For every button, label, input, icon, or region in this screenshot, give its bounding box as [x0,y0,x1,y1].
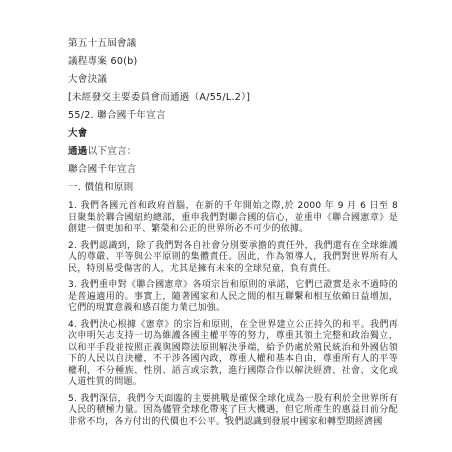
document-body: 第五十五屆會議 議程專案 60(b) 大會決議 [未經發交主要委員會而通過（A/… [68,38,398,433]
adoption-note-line: [未經發交主要委員會而通過（A/55/L.2）] [68,92,398,103]
adopts-verb: 通過 [68,146,88,157]
section-heading-values-principles: 一. 價值和原則 [68,182,398,193]
declaration-title: 聯合國千年宣言 [68,164,398,175]
resolution-type-line: 大會決議 [68,74,398,85]
page-number: 1 [0,412,452,421]
paragraph-3: 3. 我們重申對《聯合國憲章》各項宗旨和原則的承諾，它們已證實是永不過時的是普遍… [68,280,398,315]
session-line: 第五十五屆會議 [68,38,398,49]
document-page: 第五十五屆會議 議程專案 60(b) 大會決議 [未經發交主要委員會而通過（A/… [0,0,452,452]
paragraph-1: 1. 我們各國元首和政府首腦，在新的千年開始之際,於 2000 年 9 月 6 … [68,201,398,236]
paragraph-5: 5. 我們深信，我們今天面臨的主要挑戰是確保全球化成為一股有利於全世界所有人民的… [68,394,398,429]
paragraph-4: 4. 我們決心根據《憲章》的宗旨和原則，在全世界建立公正持久的和平。我們再次申明… [68,320,398,389]
scan-artifact [88,403,360,408]
paragraph-2: 2. 我們認識到，除了我們對各自社會分別要承擔的責任外，我們還有在全球維護人的尊… [68,241,398,276]
agenda-item-line: 議程專案 60(b) [68,56,398,67]
adopts-rest: 以下宣言： [88,146,137,157]
resolution-number-title: 55/2. 聯合國千年宣言 [68,110,398,121]
assembly-heading: 大會 [68,128,398,139]
adopts-declaration-line: 通過以下宣言： [68,146,398,157]
